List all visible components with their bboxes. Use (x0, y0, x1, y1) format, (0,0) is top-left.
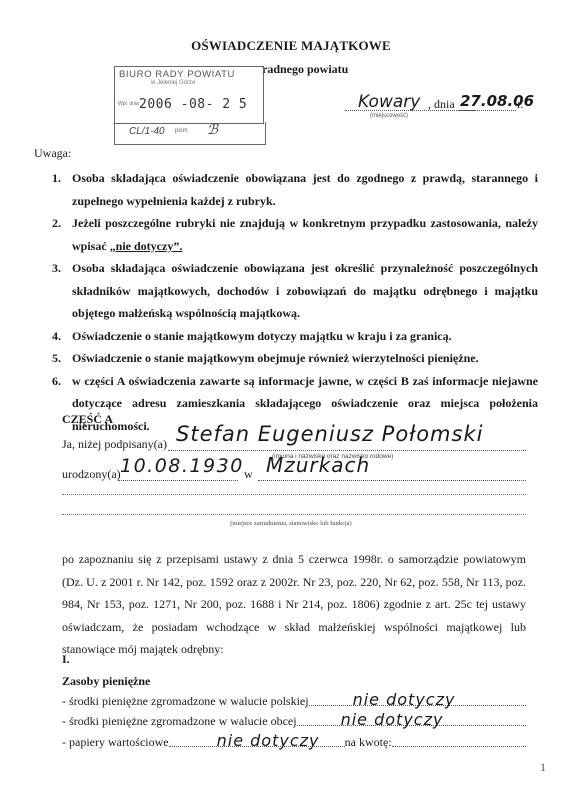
stamp-reference-row: CL/1-40 pism ℬ (114, 122, 266, 145)
date-suffix: r. (517, 97, 523, 112)
registry-stamp: BIURO RADY POWIATU w Jeleniej Górze Wpł.… (114, 66, 264, 124)
signer-label: Ja, niżej podpisany(a) (62, 437, 167, 452)
securities-amount-field[interactable] (392, 734, 526, 747)
notes-heading: Uwaga: (34, 146, 71, 161)
part-a-heading: CZĘŚĆ A (62, 412, 113, 427)
stamp-received-label: Wpł. dnia (118, 101, 139, 107)
note-text: Osoba składająca oświadczenie obowiązana… (66, 257, 538, 325)
stamp-received-date: 2006 -08- 2 5 (139, 97, 247, 112)
cash-pln-value: nie dotyczy (353, 690, 456, 709)
cash-foreign-row: - środki pieniężne zgromadzone w walucie… (62, 713, 526, 729)
note-item: 4.Oświadczenie o stanie majątkowym dotyc… (52, 325, 538, 348)
securities-row: - papiery wartościowe nie dotyczy na kwo… (62, 734, 526, 750)
place-value: Kowary (358, 92, 420, 112)
born-in-label: w (244, 467, 253, 482)
employment-hint: (miejsce zatrudnienia, stanowisko lub fu… (0, 520, 582, 527)
note-text: Oświadczenie o stanie majątkowym dotyczy… (66, 325, 538, 348)
securities-field[interactable]: nie dotyczy (169, 734, 345, 747)
note-item: 5.Oświadczenie o stanie majątkowym obejm… (52, 347, 538, 370)
page-number: 1 (540, 760, 546, 775)
section-i-numeral: I. (62, 652, 70, 667)
stamp-signature: ℬ (207, 122, 218, 139)
note-number: 4. (52, 325, 66, 348)
note-number: 3. (52, 257, 66, 325)
cash-pln-field[interactable]: nie dotyczy (309, 693, 526, 706)
note-item: 3.Osoba składająca oświadczenie obowiąza… (52, 257, 538, 325)
note-item: 2.Jeżeli poszczególne rubryki nie znajdu… (52, 212, 538, 257)
stamp-city: w Jeleniej Górze (151, 80, 195, 86)
note-underlined: „nie dotyczy”. (110, 239, 183, 253)
cash-foreign-field[interactable]: nie dotyczy (297, 713, 526, 726)
securities-label: - papiery wartościowe (62, 735, 169, 750)
notes-list: 1.Osoba składająca oświadczenie obowiąza… (52, 167, 538, 437)
born-label: urodzony(a) (62, 467, 121, 482)
cash-pln-label: - środki pieniężne zgromadzone w walucie… (62, 694, 309, 709)
place-hint: (miejscowość) (370, 113, 408, 119)
document-title: OŚWIADCZENIE MAJĄTKOWE (0, 38, 582, 54)
note-item: 1.Osoba składająca oświadczenie obowiąza… (52, 167, 538, 212)
signer-value: Stefan Eugeniusz Połomski (176, 422, 483, 446)
note-text: Osoba składająca oświadczenie obowiązana… (66, 167, 538, 212)
declaration-paragraph: po zapoznaniu się z przepisami ustawy z … (62, 548, 526, 661)
stamp-reference: CL/1-40 (129, 126, 165, 137)
stamp-office: BIURO RADY POWIATU (119, 69, 235, 80)
cash-foreign-value: nie dotyczy (341, 710, 444, 729)
cash-foreign-label: - środki pieniężne zgromadzone w walucie… (62, 714, 297, 729)
securities-amount-label: na kwotę: (345, 735, 392, 750)
note-text: Oświadczenie o stanie majątkowym obejmuj… (66, 347, 538, 370)
note-number: 1. (52, 167, 66, 212)
born-place-value: Mzurkach (266, 453, 370, 477)
stamp-pism-label: pism (175, 128, 188, 134)
date-prefix: , dnia (428, 97, 455, 112)
document-subtitle: radnego powiatu (262, 62, 348, 77)
employment-field-line-1[interactable] (62, 494, 526, 495)
securities-value: nie dotyczy (217, 731, 320, 750)
note-text-wrap: Jeżeli poszczególne rubryki nie znajdują… (66, 212, 538, 257)
born-date-value: 10.08.1930 (120, 455, 244, 477)
employment-field-line-2[interactable] (62, 514, 526, 515)
section-i-heading: Zasoby pieniężne (62, 674, 150, 689)
note-number: 2. (52, 212, 66, 257)
note-number: 5. (52, 347, 66, 370)
cash-pln-row: - środki pieniężne zgromadzone w walucie… (62, 693, 526, 709)
